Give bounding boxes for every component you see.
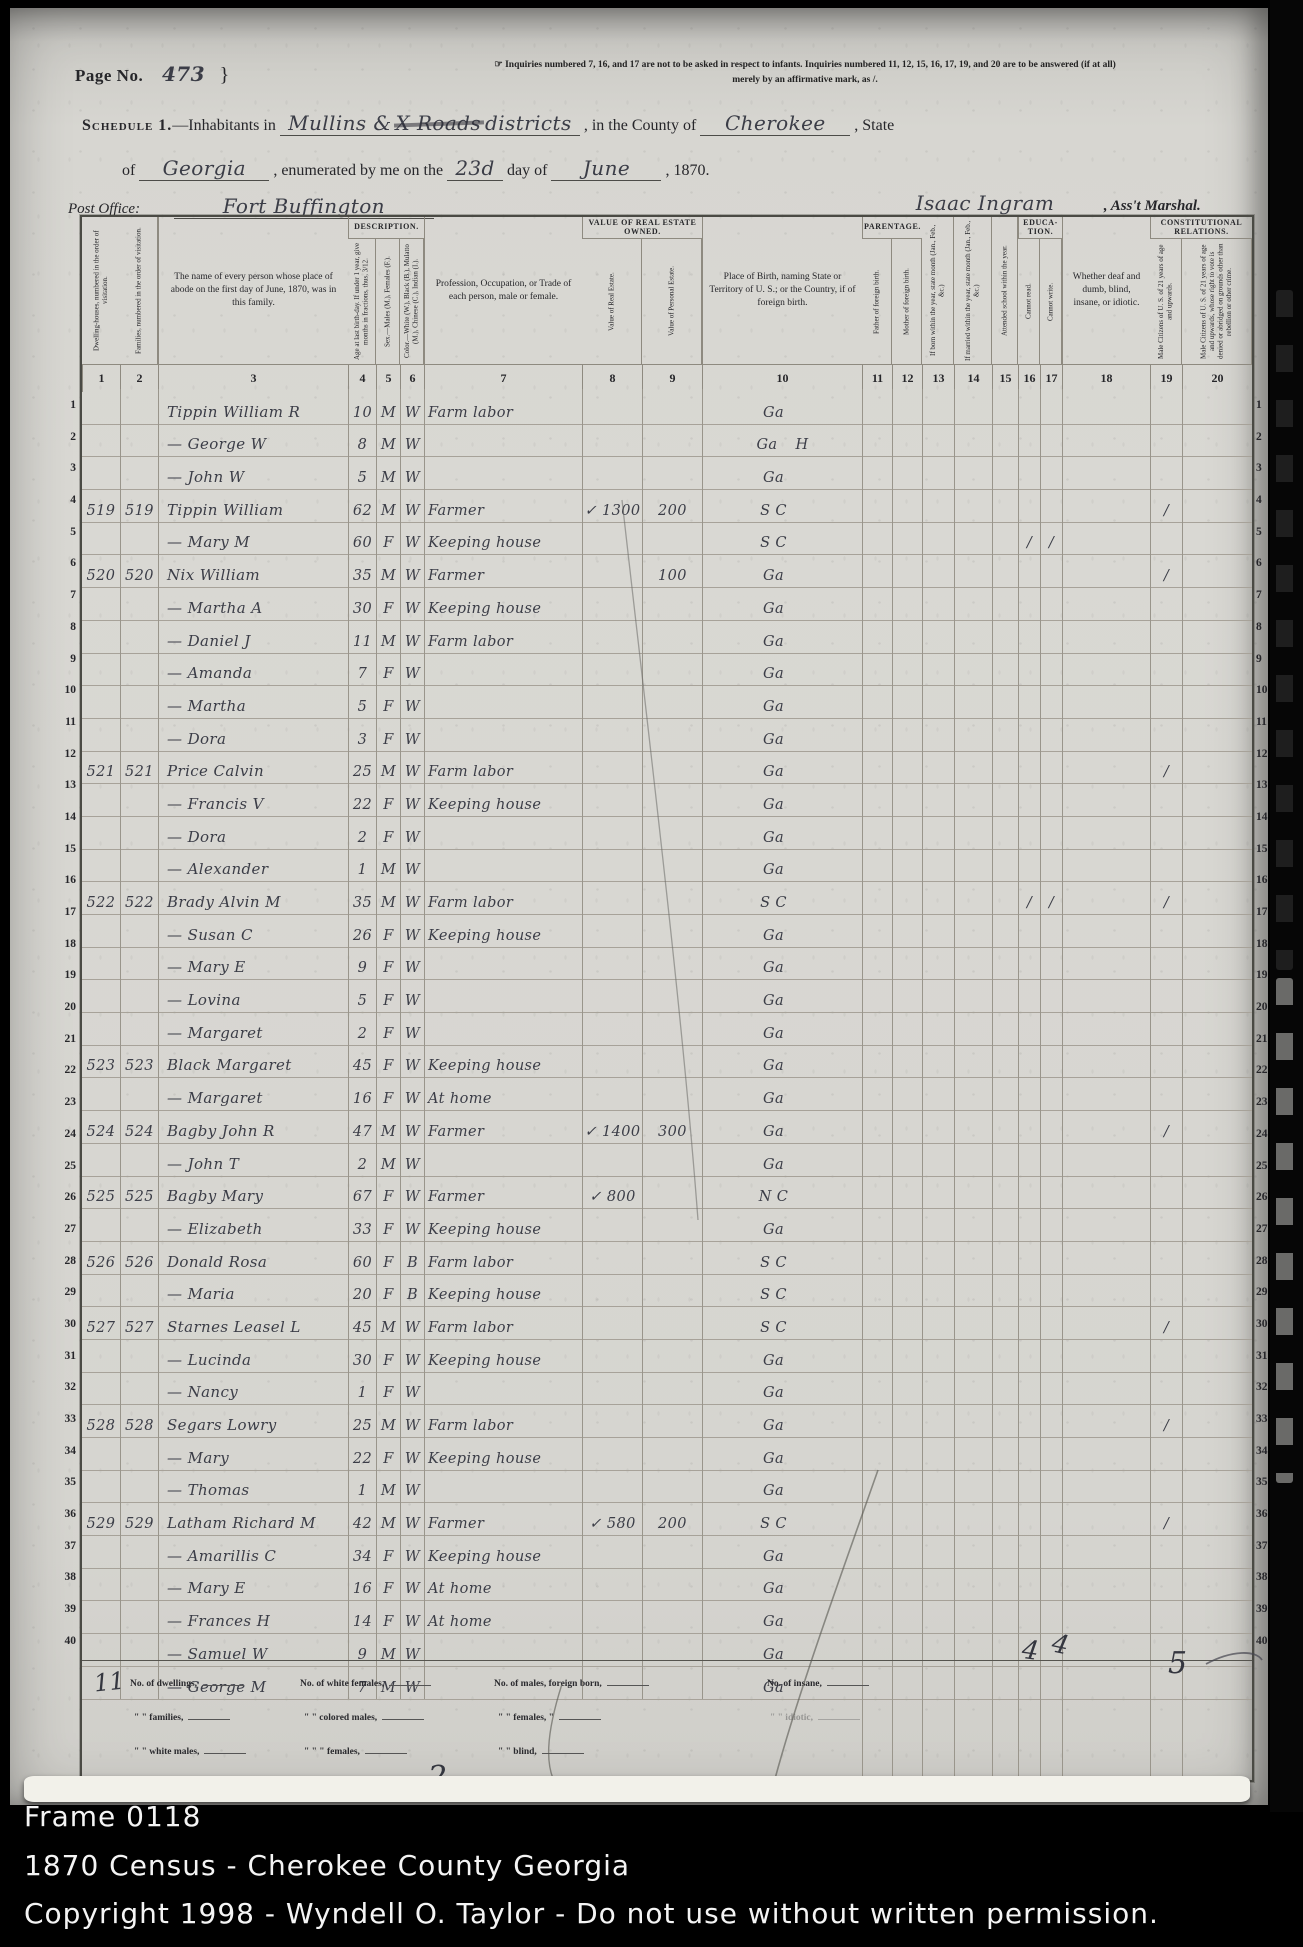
cell-birthplace: Ga xyxy=(702,1566,862,1601)
cell-married-month xyxy=(954,977,992,1012)
cell-birthplace: Ga xyxy=(702,814,862,849)
cell-vote-denied xyxy=(1182,716,1252,751)
cell-disability xyxy=(1062,651,1150,686)
table-row: 527 527 Starnes Leasel L 45 M W Farm lab… xyxy=(82,1307,1252,1340)
page-no-value: 473 xyxy=(162,62,205,86)
cell-cannot-read xyxy=(1018,1468,1040,1503)
cell-male-citizen xyxy=(1150,716,1182,751)
cell-married-month xyxy=(954,1337,992,1372)
cell-birthplace: Ga xyxy=(702,1370,862,1405)
cell-name: Brady Alvin M xyxy=(158,879,348,914)
cell-sex: F xyxy=(376,977,400,1012)
cell-family: 525 xyxy=(120,1174,158,1209)
cell-mother-foreign xyxy=(892,1239,922,1274)
cell-disability xyxy=(1062,912,1150,947)
cell-personal-estate xyxy=(642,1043,702,1078)
cell-male-citizen xyxy=(1150,1435,1182,1470)
line-number: 21 xyxy=(54,1024,76,1056)
cell-cannot-write xyxy=(1040,1598,1062,1633)
cell-father-foreign xyxy=(862,422,892,457)
cell-father-foreign xyxy=(862,1010,892,1045)
cell-vote-denied xyxy=(1182,487,1252,522)
cell-vote-denied xyxy=(1182,651,1252,686)
cell-male-citizen xyxy=(1150,814,1182,849)
cell-vote-denied xyxy=(1182,1272,1252,1307)
col-header-2: Families, numbered in the order of visit… xyxy=(120,217,158,364)
cell-male-citizen xyxy=(1150,1141,1182,1176)
cell-male-citizen xyxy=(1150,847,1182,882)
cell-cannot-read xyxy=(1018,683,1040,718)
marshal-line: Isaac Ingram , Ass't Marshal. xyxy=(870,191,1201,216)
cell-sex: F xyxy=(376,781,400,816)
cell-age: 26 xyxy=(348,912,376,947)
cell-color: W xyxy=(400,847,424,882)
cell-real-estate xyxy=(582,1337,642,1372)
cell-dwelling: 523 xyxy=(82,1043,120,1078)
cell-vote-denied xyxy=(1182,1304,1252,1339)
line-number: 1 xyxy=(54,390,76,422)
tally-mark-left: 11 xyxy=(93,1666,126,1697)
cell-dwelling xyxy=(82,847,120,882)
cell-born-month xyxy=(922,1370,954,1405)
cell-dwelling xyxy=(82,1468,120,1503)
cell-birthplace: Ga xyxy=(702,781,862,816)
cell-occupation: Farm labor xyxy=(424,1239,582,1274)
cell-male-citizen xyxy=(1150,1206,1182,1241)
cell-born-month xyxy=(922,781,954,816)
cell-real-estate xyxy=(582,1043,642,1078)
cell-dwelling xyxy=(82,520,120,555)
col-header-5: Sex.—Males (M.), Females (F.). xyxy=(376,239,400,364)
cell-male-citizen xyxy=(1150,1075,1182,1110)
cell-married-month xyxy=(954,1468,992,1503)
cell-cannot-write xyxy=(1040,487,1062,522)
table-footer: No. of dwellings, No. of white females, … xyxy=(82,1660,1252,1781)
table-row: — Amanda 7 F W Ga xyxy=(82,654,1252,687)
cell-sex: F xyxy=(376,1598,400,1633)
cell-disability xyxy=(1062,1075,1150,1110)
cell-father-foreign xyxy=(862,814,892,849)
cell-mother-foreign xyxy=(892,1304,922,1339)
cell-born-month xyxy=(922,847,954,882)
col-number: 16 xyxy=(1018,364,1040,392)
cell-school xyxy=(992,847,1018,882)
census-page: Page No. 473 } ☞ Inquiries numbered 7, 1… xyxy=(10,8,1268,1805)
cell-real-estate xyxy=(582,1598,642,1633)
cell-cannot-read xyxy=(1018,1435,1040,1470)
group-description: Description. xyxy=(348,217,424,239)
cell-real-estate xyxy=(582,1304,642,1339)
cell-color: W xyxy=(400,1010,424,1045)
cell-family xyxy=(120,1272,158,1307)
cell-real-estate xyxy=(582,422,642,457)
cell-father-foreign xyxy=(862,912,892,947)
cell-school xyxy=(992,1304,1018,1339)
cell-real-estate xyxy=(582,1239,642,1274)
cell-color: W xyxy=(400,1566,424,1601)
cell-dwelling xyxy=(82,1598,120,1633)
table-row: — Mary 22 F W Keeping house Ga xyxy=(82,1438,1252,1471)
cell-birthplace: Ga xyxy=(702,1043,862,1078)
cell-school xyxy=(992,1141,1018,1176)
cell-occupation: At home xyxy=(424,1566,582,1601)
cell-male-citizen xyxy=(1150,520,1182,555)
cell-real-estate xyxy=(582,651,642,686)
cell-vote-denied xyxy=(1182,618,1252,653)
cell-cannot-write xyxy=(1040,1239,1062,1274)
group-constitutional: Constitutional Relations. xyxy=(1150,217,1252,239)
line-number: 20 xyxy=(54,992,76,1024)
cell-color: W xyxy=(400,1598,424,1633)
cell-born-month xyxy=(922,1402,954,1437)
brace-glyph: } xyxy=(220,64,230,86)
cell-dwelling xyxy=(82,912,120,947)
cell-married-month xyxy=(954,1141,992,1176)
cell-sex: M xyxy=(376,389,400,424)
cell-cannot-write xyxy=(1040,1108,1062,1143)
line-number: 13 xyxy=(54,770,76,802)
cell-cannot-read xyxy=(1018,487,1040,522)
cell-dwelling: 524 xyxy=(82,1108,120,1143)
marshal-label: , Ass't Marshal. xyxy=(1104,198,1201,214)
cell-married-month xyxy=(954,847,992,882)
month-value: June xyxy=(583,156,630,180)
cell-age: 45 xyxy=(348,1043,376,1078)
cell-cannot-read xyxy=(1018,1402,1040,1437)
cell-color: W xyxy=(400,1370,424,1405)
schedule-text: —Inhabitants in xyxy=(172,117,276,134)
cell-cannot-write xyxy=(1040,1566,1062,1601)
cell-vote-denied xyxy=(1182,1435,1252,1470)
cell-real-estate xyxy=(582,389,642,424)
cell-family xyxy=(120,1141,158,1176)
cell-married-month xyxy=(954,487,992,522)
cell-born-month xyxy=(922,487,954,522)
cell-name: — Martha xyxy=(158,683,348,718)
cell-dwelling xyxy=(82,683,120,718)
col-number: 18 xyxy=(1062,364,1150,392)
cell-birthplace: Ga xyxy=(702,683,862,718)
cell-father-foreign xyxy=(862,651,892,686)
cell-name: — Mary xyxy=(158,1435,348,1470)
cell-born-month xyxy=(922,1108,954,1143)
cell-vote-denied xyxy=(1182,1468,1252,1503)
cell-mother-foreign xyxy=(892,585,922,620)
cell-school xyxy=(992,977,1018,1012)
cell-personal-estate xyxy=(642,1402,702,1437)
cell-father-foreign xyxy=(862,487,892,522)
cell-father-foreign xyxy=(862,552,892,587)
table-row: 528 528 Segars Lowry 25 M W Farm labor G… xyxy=(82,1405,1252,1438)
cell-sex: F xyxy=(376,1272,400,1307)
cell-color: W xyxy=(400,618,424,653)
cell-real-estate xyxy=(582,1566,642,1601)
cell-cannot-read xyxy=(1018,454,1040,489)
cell-father-foreign xyxy=(862,1468,892,1503)
cell-sex: F xyxy=(376,912,400,947)
cell-color: W xyxy=(400,651,424,686)
line-number: 4 xyxy=(54,485,76,517)
cell-real-estate xyxy=(582,1402,642,1437)
cell-married-month xyxy=(954,912,992,947)
cell-cannot-read xyxy=(1018,781,1040,816)
cell-age: 2 xyxy=(348,1141,376,1176)
cell-father-foreign xyxy=(862,1566,892,1601)
cell-married-month xyxy=(954,1598,992,1633)
cell-sex: M xyxy=(376,847,400,882)
cell-family xyxy=(120,683,158,718)
enumerated-label: , enumerated by me on the xyxy=(273,162,443,179)
cell-disability xyxy=(1062,814,1150,849)
cell-male-citizen xyxy=(1150,1598,1182,1633)
cell-sex: M xyxy=(376,879,400,914)
marshal-value: Isaac Ingram xyxy=(916,191,1054,215)
cell-mother-foreign xyxy=(892,1141,922,1176)
cell-personal-estate xyxy=(642,1370,702,1405)
cell-male-citizen: / xyxy=(1150,1108,1182,1143)
cell-disability xyxy=(1062,618,1150,653)
cell-married-month xyxy=(954,651,992,686)
cell-born-month xyxy=(922,1141,954,1176)
cell-cannot-write xyxy=(1040,912,1062,947)
cell-color: W xyxy=(400,389,424,424)
cell-birthplace: S C xyxy=(702,520,862,555)
cell-age: 10 xyxy=(348,389,376,424)
cell-sex: M xyxy=(376,552,400,587)
cell-family xyxy=(120,912,158,947)
cell-age: 33 xyxy=(348,1206,376,1241)
cell-born-month xyxy=(922,1533,954,1568)
cell-cannot-read xyxy=(1018,1174,1040,1209)
cell-color: W xyxy=(400,1500,424,1535)
cell-vote-denied xyxy=(1182,520,1252,555)
cell-personal-estate xyxy=(642,520,702,555)
cell-vote-denied xyxy=(1182,1598,1252,1633)
cell-color: W xyxy=(400,1174,424,1209)
col-header-13: If born within the year, state month (Ja… xyxy=(922,217,954,364)
cell-mother-foreign xyxy=(892,1043,922,1078)
cell-family: 521 xyxy=(120,749,158,784)
cell-disability xyxy=(1062,422,1150,457)
cell-age: 16 xyxy=(348,1566,376,1601)
cell-sex: M xyxy=(376,422,400,457)
cell-real-estate xyxy=(582,716,642,751)
cell-school xyxy=(992,683,1018,718)
instruction-note: ☞ Inquiries numbered 7, 16, and 17 are n… xyxy=(310,58,1300,88)
cell-real-estate xyxy=(582,1010,642,1045)
district-struck-value: X Roads xyxy=(396,111,482,135)
table-row: — Amarillis C 34 F W Keeping house Ga xyxy=(82,1536,1252,1569)
footer-white-males: " " white males, xyxy=(134,1747,246,1757)
cell-age: 62 xyxy=(348,487,376,522)
cell-personal-estate xyxy=(642,814,702,849)
cell-personal-estate xyxy=(642,422,702,457)
cell-school xyxy=(992,1402,1018,1437)
cell-personal-estate xyxy=(642,977,702,1012)
col-header-17: Cannot write. xyxy=(1040,239,1062,364)
cell-disability xyxy=(1062,1533,1150,1568)
col-number: 4 xyxy=(348,364,376,392)
cell-cannot-read xyxy=(1018,1304,1040,1339)
cell-disability xyxy=(1062,1272,1150,1307)
cell-school xyxy=(992,1533,1018,1568)
cell-school xyxy=(992,781,1018,816)
cell-birthplace: Ga xyxy=(702,552,862,587)
col-header-3: The name of every person whose place of … xyxy=(158,217,348,364)
cell-family xyxy=(120,389,158,424)
cell-name: — Francis V xyxy=(158,781,348,816)
footer-idiotic: " " idiotic, xyxy=(770,1713,860,1723)
day-value: 23d xyxy=(455,156,494,180)
cell-birthplace: Ga xyxy=(702,1206,862,1241)
cell-male-citizen xyxy=(1150,618,1182,653)
cell-mother-foreign xyxy=(892,389,922,424)
cell-vote-denied xyxy=(1182,1010,1252,1045)
cell-male-citizen xyxy=(1150,912,1182,947)
cell-school xyxy=(992,1435,1018,1470)
cell-occupation xyxy=(424,683,582,718)
cell-color: W xyxy=(400,781,424,816)
cell-disability xyxy=(1062,1337,1150,1372)
cell-married-month xyxy=(954,1075,992,1110)
cell-birthplace: GaH xyxy=(702,422,862,457)
cell-mother-foreign xyxy=(892,847,922,882)
cell-family xyxy=(120,945,158,980)
cell-married-month xyxy=(954,1566,992,1601)
cell-sex: F xyxy=(376,1174,400,1209)
cell-dwelling xyxy=(82,1337,120,1372)
cell-name: — George W xyxy=(158,422,348,457)
cell-mother-foreign xyxy=(892,1566,922,1601)
cell-cannot-write xyxy=(1040,1141,1062,1176)
cell-mother-foreign xyxy=(892,1272,922,1307)
cell-cannot-read xyxy=(1018,847,1040,882)
cell-age: 60 xyxy=(348,520,376,555)
cell-vote-denied xyxy=(1182,454,1252,489)
cell-dwelling: 520 xyxy=(82,552,120,587)
cell-mother-foreign xyxy=(892,977,922,1012)
cell-cannot-write xyxy=(1040,1337,1062,1372)
film-sprocket-holes-faint xyxy=(1276,290,1293,970)
cell-color: W xyxy=(400,683,424,718)
table-row: — Martha 5 F W Ga xyxy=(82,686,1252,719)
cell-married-month xyxy=(954,683,992,718)
cell-occupation: Keeping house xyxy=(424,781,582,816)
cell-disability xyxy=(1062,1370,1150,1405)
cell-real-estate: ✓ 1400 xyxy=(582,1108,642,1143)
education-tally-1: 4 xyxy=(1020,1635,1041,1667)
cell-cannot-read xyxy=(1018,945,1040,980)
table-row: — Mary E 16 F W At home Ga xyxy=(82,1569,1252,1602)
cell-occupation: At home xyxy=(424,1075,582,1110)
page-no-label: Page No. xyxy=(75,66,143,85)
cell-family xyxy=(120,716,158,751)
cell-name: — Frances H xyxy=(158,1598,348,1633)
cell-mother-foreign xyxy=(892,1435,922,1470)
cell-personal-estate xyxy=(642,1337,702,1372)
cell-male-citizen xyxy=(1150,585,1182,620)
cell-age: 5 xyxy=(348,454,376,489)
cell-disability xyxy=(1062,520,1150,555)
footer-males-foreign: No. of males, foreign born, xyxy=(494,1679,649,1689)
cell-school xyxy=(992,1337,1018,1372)
cell-mother-foreign xyxy=(892,454,922,489)
cell-personal-estate xyxy=(642,1468,702,1503)
cell-real-estate xyxy=(582,977,642,1012)
cell-cannot-write xyxy=(1040,422,1062,457)
cell-father-foreign xyxy=(862,1206,892,1241)
cell-dwelling xyxy=(82,716,120,751)
cell-age: 25 xyxy=(348,749,376,784)
cell-occupation: Keeping house xyxy=(424,1272,582,1307)
line-number: 29 xyxy=(54,1277,76,1309)
cell-dwelling xyxy=(82,945,120,980)
col-number: 7 xyxy=(424,364,582,392)
cell-occupation: Farm labor xyxy=(424,1402,582,1437)
cell-dwelling: 519 xyxy=(82,487,120,522)
cell-age: 35 xyxy=(348,879,376,914)
cell-vote-denied xyxy=(1182,749,1252,784)
cell-occupation: Keeping house xyxy=(424,912,582,947)
page-bottom-edge xyxy=(24,1776,1250,1802)
cell-father-foreign xyxy=(862,1435,892,1470)
cell-dwelling xyxy=(82,1435,120,1470)
cell-family xyxy=(120,1206,158,1241)
cell-real-estate xyxy=(582,454,642,489)
cell-disability xyxy=(1062,1402,1150,1437)
table-row: — Susan C 26 F W Keeping house Ga xyxy=(82,915,1252,948)
cell-color: W xyxy=(400,912,424,947)
cell-family xyxy=(120,520,158,555)
col-number: 12 xyxy=(892,364,922,392)
cell-sex: M xyxy=(376,1500,400,1535)
col-number: 20 xyxy=(1182,364,1252,392)
cell-family xyxy=(120,781,158,816)
cell-personal-estate xyxy=(642,454,702,489)
table-row: — Martha A 30 F W Keeping house Ga xyxy=(82,588,1252,621)
cell-name: — Amarillis C xyxy=(158,1533,348,1568)
cell-male-citizen xyxy=(1150,422,1182,457)
cell-color: W xyxy=(400,422,424,457)
cell-male-citizen: / xyxy=(1150,552,1182,587)
cell-vote-denied xyxy=(1182,847,1252,882)
cell-real-estate: ✓ 800 xyxy=(582,1174,642,1209)
cell-personal-estate: 200 xyxy=(642,487,702,522)
frame-caption-line1: Frame 0118 xyxy=(24,1800,201,1833)
cell-male-citizen xyxy=(1150,1370,1182,1405)
table-header: Dwelling-houses, numbered in the order o… xyxy=(82,217,1252,392)
cell-born-month xyxy=(922,454,954,489)
cell-disability xyxy=(1062,1010,1150,1045)
cell-name: — Lovina xyxy=(158,977,348,1012)
cell-cannot-read: / xyxy=(1018,520,1040,555)
cell-vote-denied xyxy=(1182,1239,1252,1274)
cell-real-estate xyxy=(582,1272,642,1307)
cell-age: 8 xyxy=(348,422,376,457)
cell-vote-denied xyxy=(1182,1500,1252,1535)
cell-occupation: Farmer xyxy=(424,552,582,587)
cell-occupation xyxy=(424,422,582,457)
cell-school xyxy=(992,454,1018,489)
cell-name: Black Margaret xyxy=(158,1043,348,1078)
cell-male-citizen xyxy=(1150,781,1182,816)
cell-cannot-write xyxy=(1040,749,1062,784)
cell-age: 67 xyxy=(348,1174,376,1209)
cell-name: Bagby Mary xyxy=(158,1174,348,1209)
cell-sex: F xyxy=(376,814,400,849)
col-number: 9 xyxy=(642,364,702,392)
cell-mother-foreign xyxy=(892,1206,922,1241)
